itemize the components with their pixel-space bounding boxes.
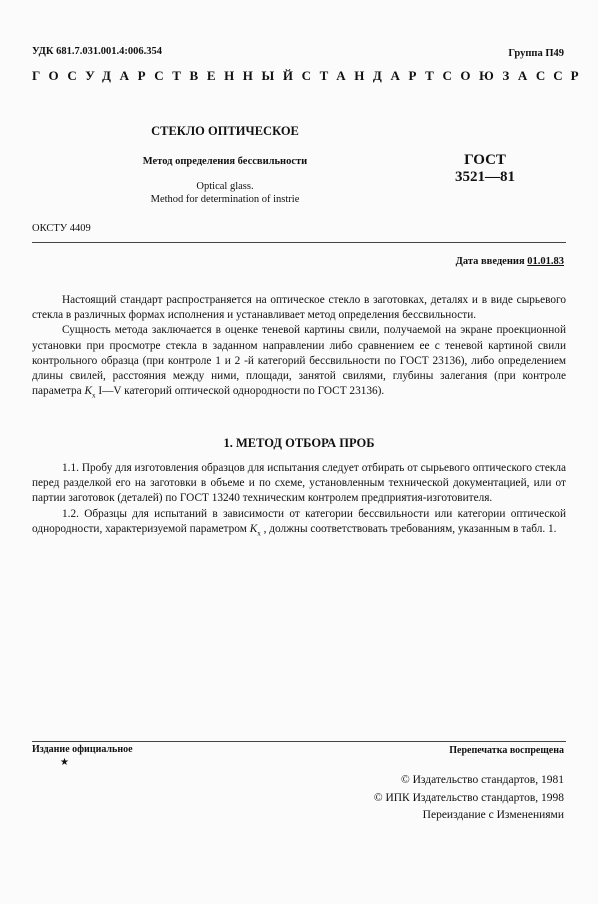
english-subtitle-line: Method for determination of instrie	[100, 193, 350, 206]
document-subtitle: Метод определения бессвильности	[100, 156, 350, 167]
group-code: Группа П49	[508, 48, 564, 59]
intro-date-label: Дата введения	[456, 256, 525, 267]
english-title: Optical glass. Method for determination …	[100, 180, 350, 206]
intro-text: Настоящий стандарт распространяется на о…	[32, 293, 566, 404]
header-divider	[32, 242, 566, 243]
official-edition-label: Издание официальное	[32, 744, 133, 755]
clause-1-1: 1.1. Пробу для изготовления образцов для…	[32, 461, 566, 507]
title-block: СТЕКЛО ОПТИЧЕСКОЕ Метод определения бесс…	[100, 120, 350, 206]
udk-code: УДК 681.7.031.001.4:006.354	[32, 46, 162, 57]
clause-1-2: 1.2. Образцы для испытаний в зависимости…	[32, 507, 566, 542]
gost-label: ГОСТ	[440, 152, 530, 169]
reissue-note: Переиздание с Изменениями	[423, 809, 564, 821]
copyright-1981: © Издательство стандартов, 1981	[401, 774, 564, 786]
gost-number: 3521—81	[440, 169, 530, 186]
footer-divider	[32, 741, 566, 742]
okstu-code: ОКСТУ 4409	[32, 223, 91, 234]
kx-parameter: Kx	[84, 385, 95, 397]
banner-word: ССР	[536, 68, 587, 84]
paragraph-method-essence: Сущность метода заключается в оценке тен…	[32, 323, 566, 403]
kx-parameter: Kx	[250, 523, 261, 535]
section-heading: 1. МЕТОД ОТБОРА ПРОБ	[32, 436, 566, 451]
intro-date-value: 01.01.83	[527, 256, 564, 267]
section-1-text: 1.1. Пробу для изготовления образцов для…	[32, 461, 566, 541]
paragraph-scope: Настоящий стандарт распространяется на о…	[32, 293, 566, 323]
star-icon: ★	[60, 757, 69, 768]
state-standard-banner: ГОСУДАРСТВЕННЫЙ СТАНДАРТ СОЮЗА ССР	[32, 68, 568, 84]
english-title-line: Optical glass.	[100, 180, 350, 193]
banner-word: СТАНДАРТ	[302, 68, 443, 84]
reprint-prohibited-label: Перепечатка воспрещена	[449, 745, 564, 756]
copyright-1998: © ИПК Издательство стандартов, 1998	[374, 792, 564, 804]
document-title: СТЕКЛО ОПТИЧЕСКОЕ	[100, 124, 350, 139]
gost-designation: ГОСТ 3521—81	[440, 152, 530, 186]
banner-word: ГОСУДАРСТВЕННЫЙ	[32, 68, 302, 84]
intro-date: Дата введения 01.01.83	[456, 256, 564, 267]
banner-word: СОЮЗА	[442, 68, 535, 84]
